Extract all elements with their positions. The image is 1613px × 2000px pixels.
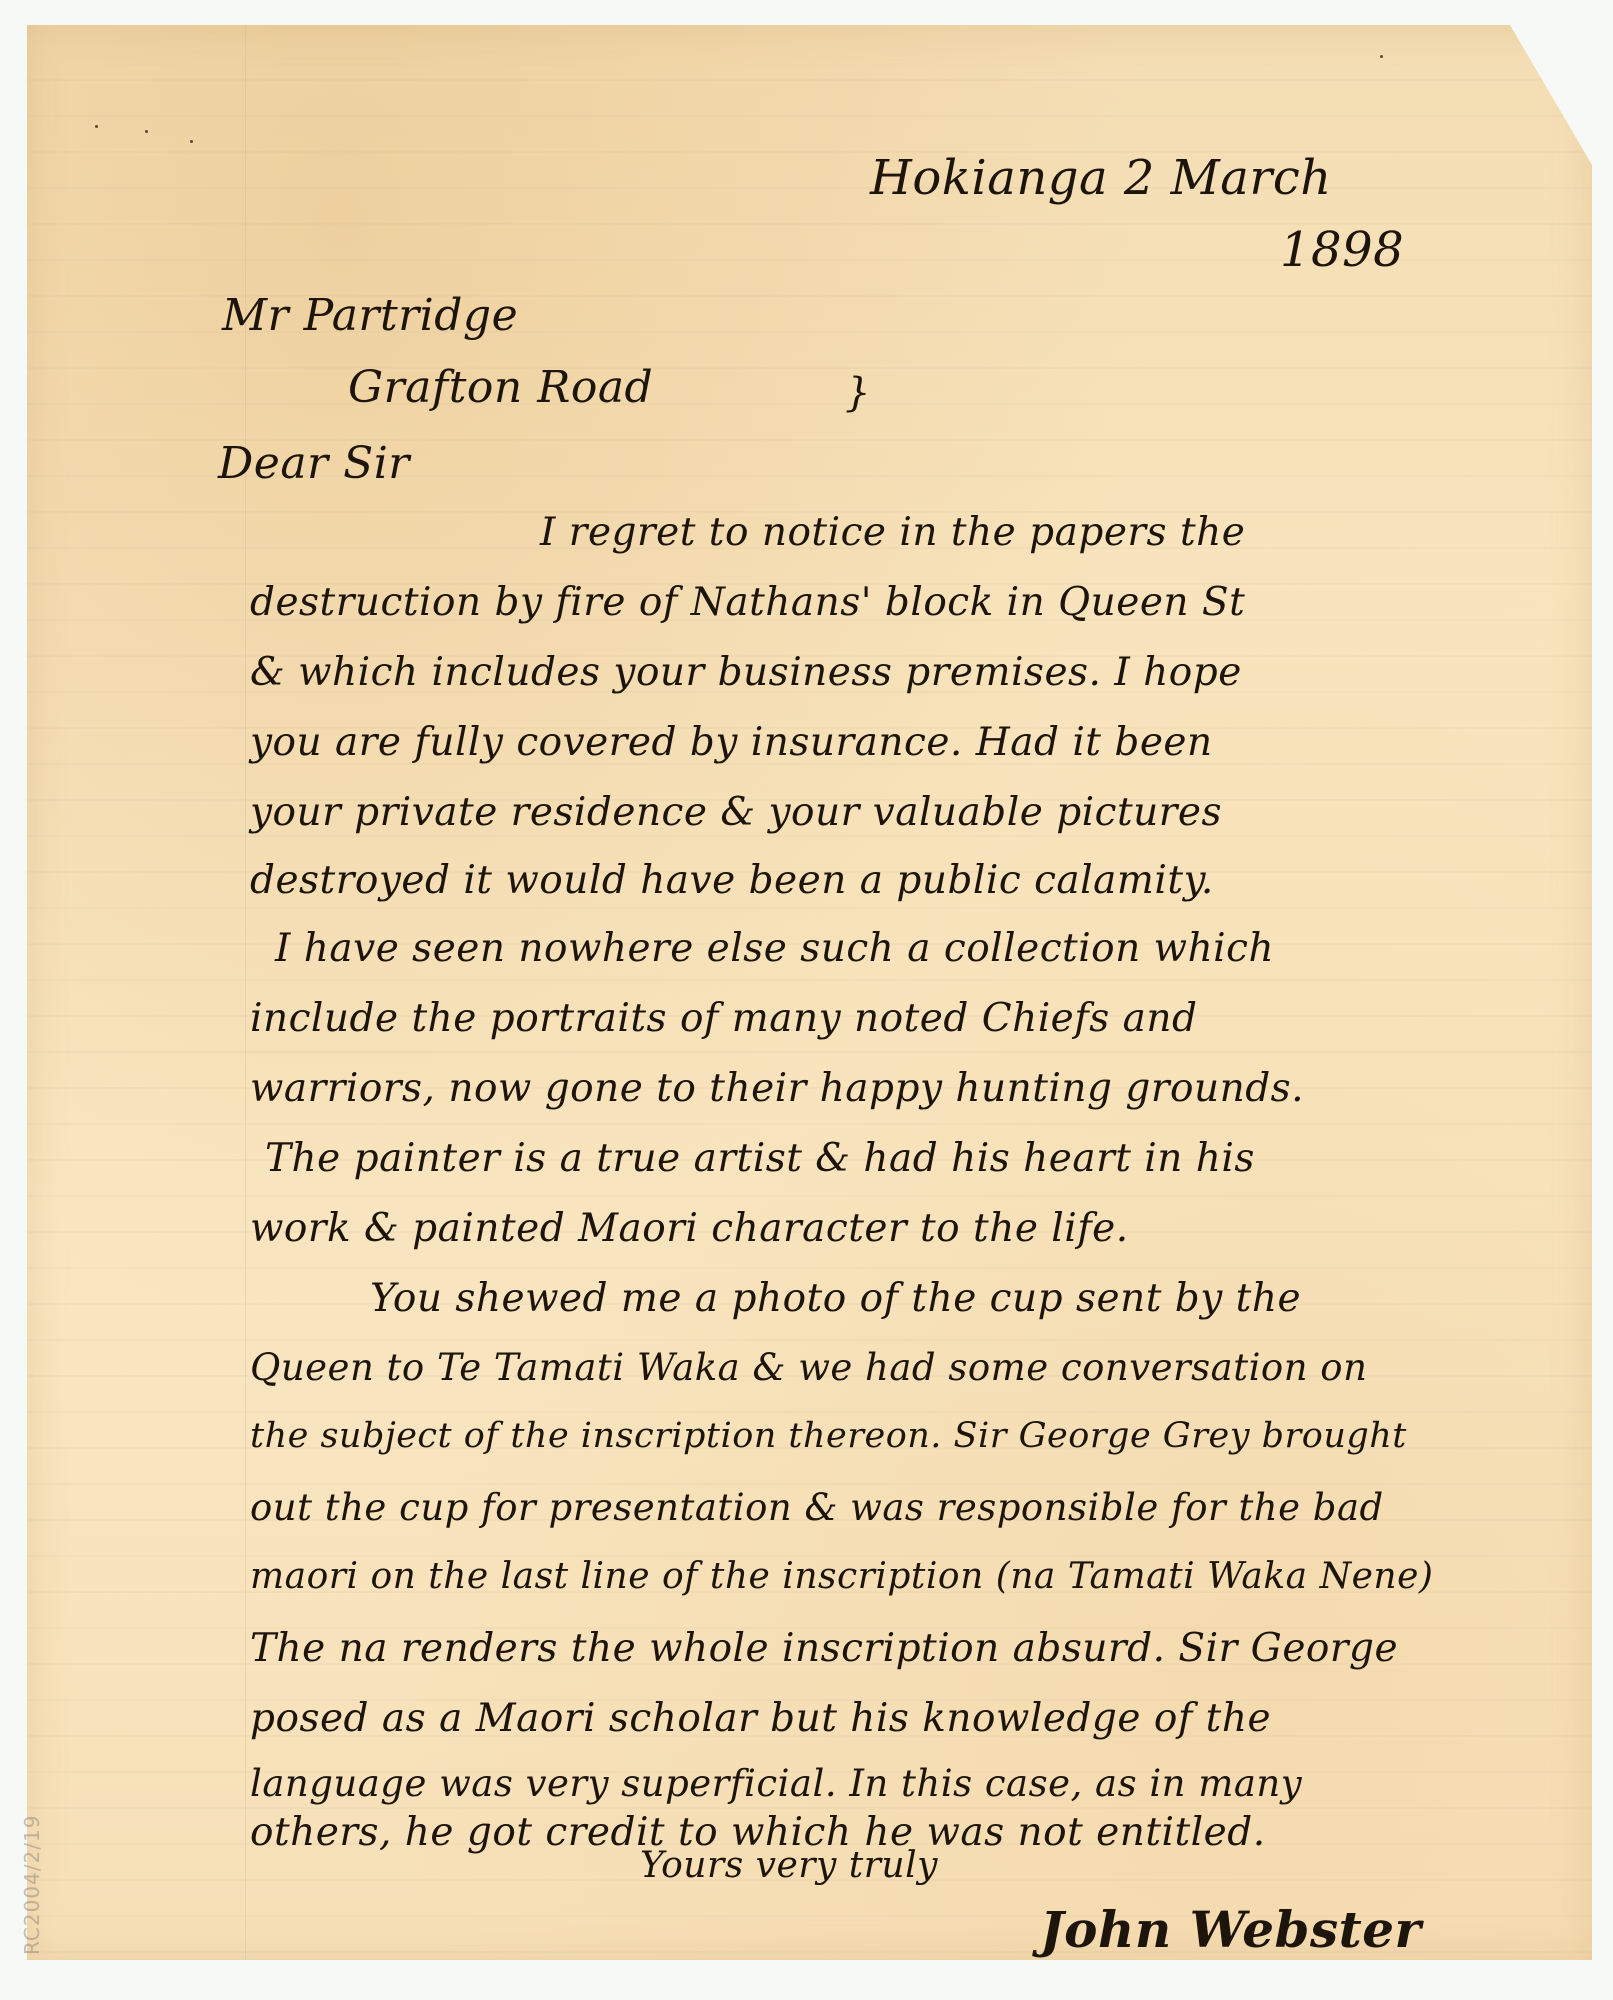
addressee-address: Grafton Road: [348, 362, 653, 413]
signature: John Webster: [1040, 1900, 1421, 1959]
paper-speck: [190, 140, 193, 143]
body-line: you are fully covered by insurance. Had …: [250, 720, 1213, 765]
salutation: Dear Sir: [218, 438, 410, 489]
letter-year: 1898: [1280, 222, 1404, 278]
body-line: I have seen nowhere else such a collecti…: [275, 926, 1274, 971]
paper-speck: [95, 125, 98, 128]
body-line: The na renders the whole inscription abs…: [250, 1626, 1398, 1671]
paper-speck: [145, 130, 148, 133]
body-line: & which includes your business premises.…: [250, 650, 1242, 695]
closing: Yours very truly: [640, 1845, 938, 1886]
body-line: posed as a Maori scholar but his knowled…: [250, 1696, 1271, 1741]
body-line: out the cup for presentation & was respo…: [250, 1486, 1384, 1529]
body-line: maori on the last line of the inscriptio…: [250, 1556, 1433, 1597]
place-and-date: Hokianga 2 March: [870, 150, 1332, 206]
archive-reference: RC2004/2/19: [20, 1815, 44, 1955]
body-line: work & painted Maori character to the li…: [250, 1206, 1129, 1251]
body-line: I regret to notice in the papers the: [540, 510, 1245, 555]
body-line: language was very superficial. In this c…: [250, 1762, 1302, 1805]
body-line: include the portraits of many noted Chie…: [250, 996, 1197, 1041]
body-line: warriors, now gone to their happy huntin…: [250, 1066, 1304, 1111]
address-flourish-icon: }: [845, 370, 870, 416]
body-line: Queen to Te Tamati Waka & we had some co…: [250, 1346, 1367, 1389]
body-line: destruction by fire of Nathans' block in…: [250, 580, 1245, 625]
body-line: destroyed it would have been a public ca…: [250, 858, 1214, 903]
body-line: You shewed me a photo of the cup sent by…: [370, 1276, 1301, 1321]
body-line: The painter is a true artist & had his h…: [265, 1136, 1255, 1181]
body-line: the subject of the inscription thereon. …: [250, 1416, 1407, 1456]
paper-speck: [1380, 55, 1383, 58]
addressee-name: Mr Partridge: [222, 290, 518, 341]
body-line: your private residence & your valuable p…: [250, 790, 1222, 835]
